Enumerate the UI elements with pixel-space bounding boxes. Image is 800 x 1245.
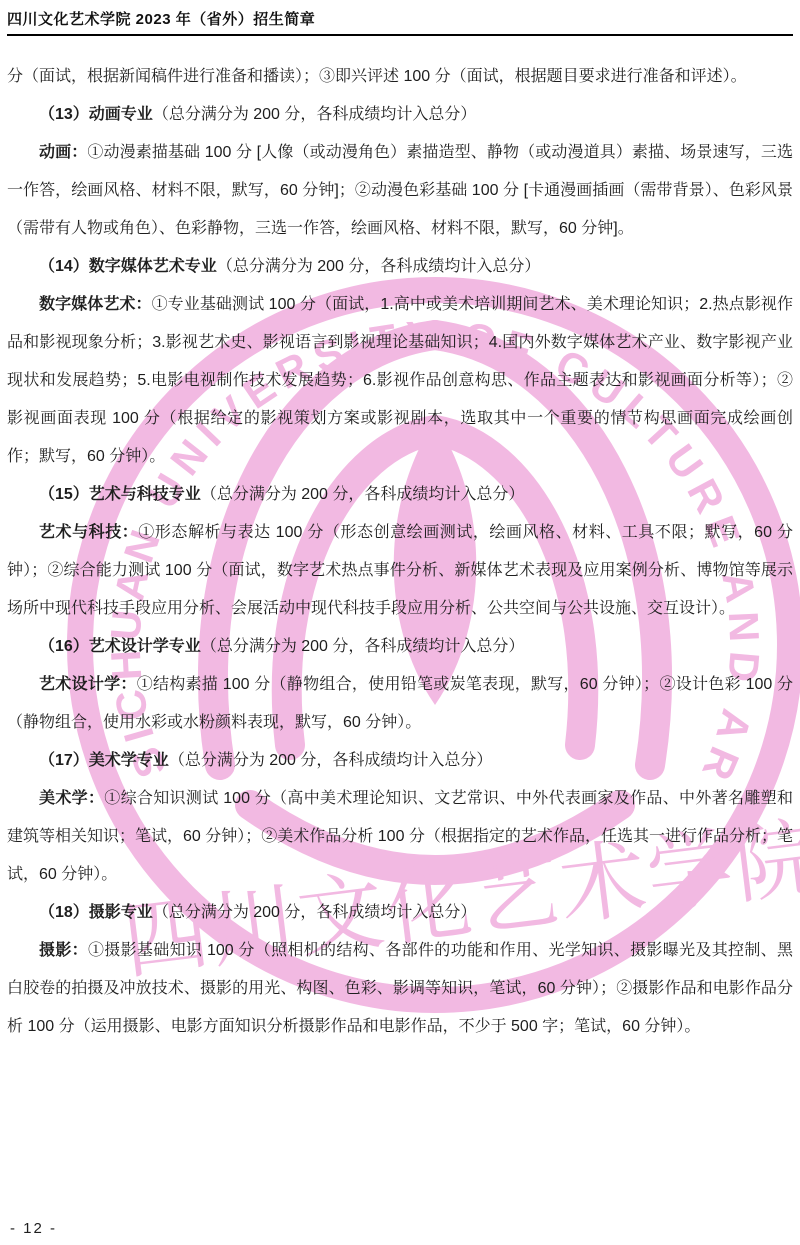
text-run: （总分满分为 200 分，各科成绩均计入总分）	[153, 904, 477, 921]
emphasis-run: （15）艺术与科技专业	[39, 486, 201, 503]
body-paragraph: 动画：①动漫素描基础 100 分 [人像（或动漫角色）素描造型、静物（或动漫道具…	[7, 134, 793, 248]
section-heading: （13）动画专业（总分满分为 200 分，各科成绩均计入总分）	[7, 96, 793, 134]
text-run: （总分满分为 200 分，各科成绩均计入总分）	[201, 638, 525, 655]
section-heading: （18）摄影专业（总分满分为 200 分，各科成绩均计入总分）	[7, 894, 793, 932]
text-run: （总分满分为 200 分，各科成绩均计入总分）	[217, 258, 541, 275]
section-heading: （15）艺术与科技专业（总分满分为 200 分，各科成绩均计入总分）	[7, 476, 793, 514]
text-run: （总分满分为 200 分，各科成绩均计入总分）	[169, 752, 493, 769]
document-body: 分（面试，根据新闻稿件进行准备和播读）；③即兴评述 100 分（面试，根据题目要…	[7, 58, 793, 1046]
emphasis-run: （17）美术学专业	[39, 752, 169, 769]
text-run: （总分满分为 200 分，各科成绩均计入总分）	[153, 106, 477, 123]
page-number: - 12 -	[10, 1220, 57, 1237]
section-heading: （16）艺术设计学专业（总分满分为 200 分，各科成绩均计入总分）	[7, 628, 793, 666]
emphasis-run: 艺术与科技：	[39, 524, 138, 541]
emphasis-run: 摄影：	[39, 942, 88, 959]
text-run: ①综合知识测试 100 分（高中美术理论知识、文艺常识、中外代表画家及作品、中外…	[7, 790, 793, 883]
emphasis-run: 美术学：	[39, 790, 104, 807]
body-paragraph: 美术学：①综合知识测试 100 分（高中美术理论知识、文艺常识、中外代表画家及作…	[7, 780, 793, 894]
header-divider	[7, 34, 793, 36]
document-page: SICHUAN UNIVERSITY OF CULTURE AND ARTS 四…	[0, 0, 800, 1245]
emphasis-run: （18）摄影专业	[39, 904, 153, 921]
running-header-title: 四川文化艺术学院 2023 年（省外）招生简章	[7, 0, 793, 29]
emphasis-run: 艺术设计学：	[39, 676, 137, 693]
emphasis-run: （13）动画专业	[39, 106, 153, 123]
body-paragraph: 数字媒体艺术：①专业基础测试 100 分（面试，1.高中或美术培训期间艺术、美术…	[7, 286, 793, 476]
emphasis-run: 数字媒体艺术：	[39, 296, 152, 313]
emphasis-run: （16）艺术设计学专业	[39, 638, 201, 655]
text-run: （总分满分为 200 分，各科成绩均计入总分）	[201, 486, 525, 503]
body-paragraph: 艺术与科技：①形态解析与表达 100 分（形态创意绘画测试，绘画风格、材料、工具…	[7, 514, 793, 628]
body-paragraph: 艺术设计学：①结构素描 100 分（静物组合，使用铅笔或炭笔表现，默写，60 分…	[7, 666, 793, 742]
section-heading: （14）数字媒体艺术专业（总分满分为 200 分，各科成绩均计入总分）	[7, 248, 793, 286]
text-run: ①动漫素描基础 100 分 [人像（或动漫角色）素描造型、静物（或动漫道具）素描…	[7, 144, 793, 237]
text-run: 分（面试，根据新闻稿件进行准备和播读）；③即兴评述 100 分（面试，根据题目要…	[7, 68, 747, 85]
document-content: 四川文化艺术学院 2023 年（省外）招生简章 分（面试，根据新闻稿件进行准备和…	[0, 0, 800, 1046]
text-run: ①摄影基础知识 100 分（照相机的结构、各部件的功能和作用、光学知识、摄影曝光…	[7, 942, 793, 1035]
emphasis-run: （14）数字媒体艺术专业	[39, 258, 217, 275]
body-paragraph: 摄影：①摄影基础知识 100 分（照相机的结构、各部件的功能和作用、光学知识、摄…	[7, 932, 793, 1046]
section-heading: （17）美术学专业（总分满分为 200 分，各科成绩均计入总分）	[7, 742, 793, 780]
body-paragraph: 分（面试，根据新闻稿件进行准备和播读）；③即兴评述 100 分（面试，根据题目要…	[7, 58, 793, 96]
emphasis-run: 动画：	[39, 144, 87, 161]
text-run: ①专业基础测试 100 分（面试，1.高中或美术培训期间艺术、美术理论知识；2.…	[7, 296, 793, 465]
